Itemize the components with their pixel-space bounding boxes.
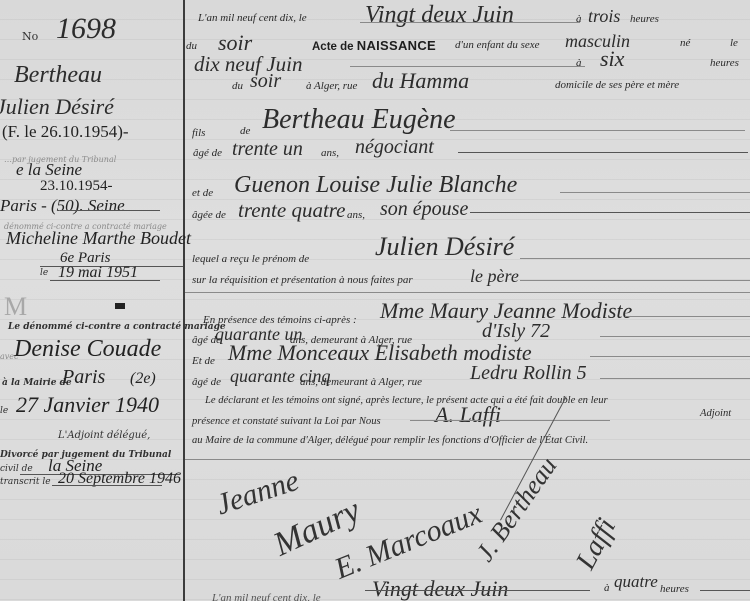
rule — [350, 66, 585, 67]
margin-given-names: Julien Désiré — [0, 94, 114, 120]
officer-title: Adjoint — [700, 408, 731, 419]
marriage-date-prefix-1: le — [40, 268, 48, 278]
mother-name: Guenon Louise Julie Blanche — [234, 172, 517, 199]
rule — [185, 459, 750, 460]
rule — [360, 22, 580, 23]
heures-label-2: heures — [710, 57, 739, 69]
next-act-heures: heures — [660, 583, 689, 595]
rule — [520, 258, 750, 259]
strike-line — [50, 280, 160, 281]
prenom-value: Julien Désiré — [375, 232, 514, 262]
requisition-label: sur la réquisition et présentation à nou… — [192, 274, 413, 286]
margin-annotation-1: (F. le 26.10.1954)- — [2, 122, 129, 142]
strike-line — [60, 210, 160, 211]
birth-hour: six — [600, 46, 624, 72]
witness2-prefix: Et de — [192, 355, 215, 367]
rule — [600, 336, 750, 337]
du-label-2: du — [232, 80, 243, 92]
rule — [458, 152, 748, 153]
rule — [625, 316, 750, 317]
mother-prefix: et de — [192, 187, 213, 199]
witness2-street: Ledru Rollin 5 — [470, 362, 587, 385]
margin-divider — [183, 0, 185, 601]
witness2-ans-label: ans, demeurant à Alger, rue — [300, 376, 422, 388]
marriage-label-2: Le dénommé ci-contre a contracté mariage — [8, 322, 226, 332]
signature-1: Jeanne — [212, 464, 303, 523]
rule — [600, 378, 750, 379]
ne-label: né — [680, 37, 690, 49]
act-date: Vingt deux Juin — [365, 2, 514, 29]
period-2: soir — [250, 70, 281, 93]
father-name: Bertheau Eugène — [262, 104, 456, 136]
number-label: No — [22, 30, 38, 43]
domicile-label: domicile de ses père et mère — [555, 79, 679, 91]
rule — [700, 590, 750, 591]
act-number: 1698 — [56, 12, 116, 46]
underline — [52, 485, 162, 486]
title-main: NAISSANCE — [357, 38, 436, 53]
transcrit-label: transcrit le — [0, 477, 51, 487]
fils-label: fils — [192, 127, 205, 139]
act-intro: L'an mil neuf cent dix, le — [198, 12, 307, 24]
act-hour: trois — [588, 6, 620, 27]
margin-annotation-3: 23.10.1954- — [40, 178, 113, 195]
rule — [590, 356, 750, 357]
officer-name: A. Laffi — [435, 402, 501, 428]
mother-role: son épouse — [380, 198, 468, 221]
closing-line-1: Le déclarant et les témoins ont signé, a… — [205, 395, 608, 406]
next-act-date: Vingt deux Juin — [372, 576, 508, 601]
signature-4: J. Bertheau — [470, 452, 563, 567]
marriage-spouse-1: Micheline Marthe Boudet — [6, 228, 191, 249]
street-value: du Hamma — [372, 68, 469, 94]
rule — [470, 212, 750, 213]
divorce-civil-label: civil de — [0, 464, 33, 474]
mother-age: trente quatre — [238, 198, 346, 223]
marriage-date-prefix-2: le — [0, 406, 8, 416]
title-prefix: Acte de — [312, 41, 354, 53]
du-label: du — [186, 40, 197, 52]
rule — [520, 280, 750, 281]
le-label: le — [730, 37, 738, 49]
requisition-value: le père — [470, 266, 519, 287]
father-ans-label: ans, — [321, 147, 339, 159]
mairie-arrondissement: (2e) — [130, 370, 156, 388]
mother-ans-label: ans, — [347, 209, 365, 221]
adjoint-label: L'Adjoint délégué, — [58, 430, 150, 441]
signature-5: Laffi — [570, 513, 623, 575]
rule — [560, 192, 750, 193]
margin-annotation-2: e la Seine — [16, 160, 82, 180]
rule — [365, 590, 590, 591]
ink-blot — [115, 303, 125, 309]
marriage-date-2: 27 Janvier 1940 — [16, 392, 159, 418]
father-age-label: âgé de — [193, 147, 222, 159]
margin-surname: Bertheau — [14, 62, 102, 89]
heures-label: heures — [630, 13, 659, 25]
closing-line-2: présence et constaté suivant la Loi par … — [192, 416, 381, 427]
next-act-hour: quatre — [614, 572, 658, 592]
a-label: à — [576, 13, 582, 25]
father-occupation: négociant — [355, 136, 434, 159]
next-act-intro: L'an mil neuf cent dix, le — [212, 592, 321, 601]
stamp-letter: M — [4, 292, 27, 322]
rule — [450, 130, 745, 131]
closing-line-3: au Maire de la commune d'Alger, délégué … — [192, 435, 588, 446]
mother-age-label: âgée de — [192, 209, 226, 221]
a-label-2: à — [576, 57, 582, 69]
father-age: trente un — [232, 138, 303, 161]
register-page: No 1698 Bertheau Julien Désiré (F. le 26… — [0, 0, 750, 601]
place-label: à Alger, rue — [306, 80, 357, 92]
de-label: de — [240, 125, 250, 137]
next-act-a: à — [604, 582, 610, 594]
marriage-spouse-2: Denise Couade — [14, 336, 161, 363]
birth-date: dix neuf Juin — [194, 52, 302, 77]
sex-label: d'un enfant du sexe — [455, 39, 540, 51]
prenom-label: lequel a reçu le prénom de — [192, 253, 309, 265]
margin-annotation-4: Paris - (50). Seine — [0, 196, 125, 216]
witness2-age-label: âgé de — [192, 376, 221, 388]
act-title: Acte de NAISSANCE — [312, 38, 436, 53]
rule — [185, 292, 750, 293]
mairie-value: Paris — [62, 366, 105, 389]
rule — [410, 420, 610, 421]
